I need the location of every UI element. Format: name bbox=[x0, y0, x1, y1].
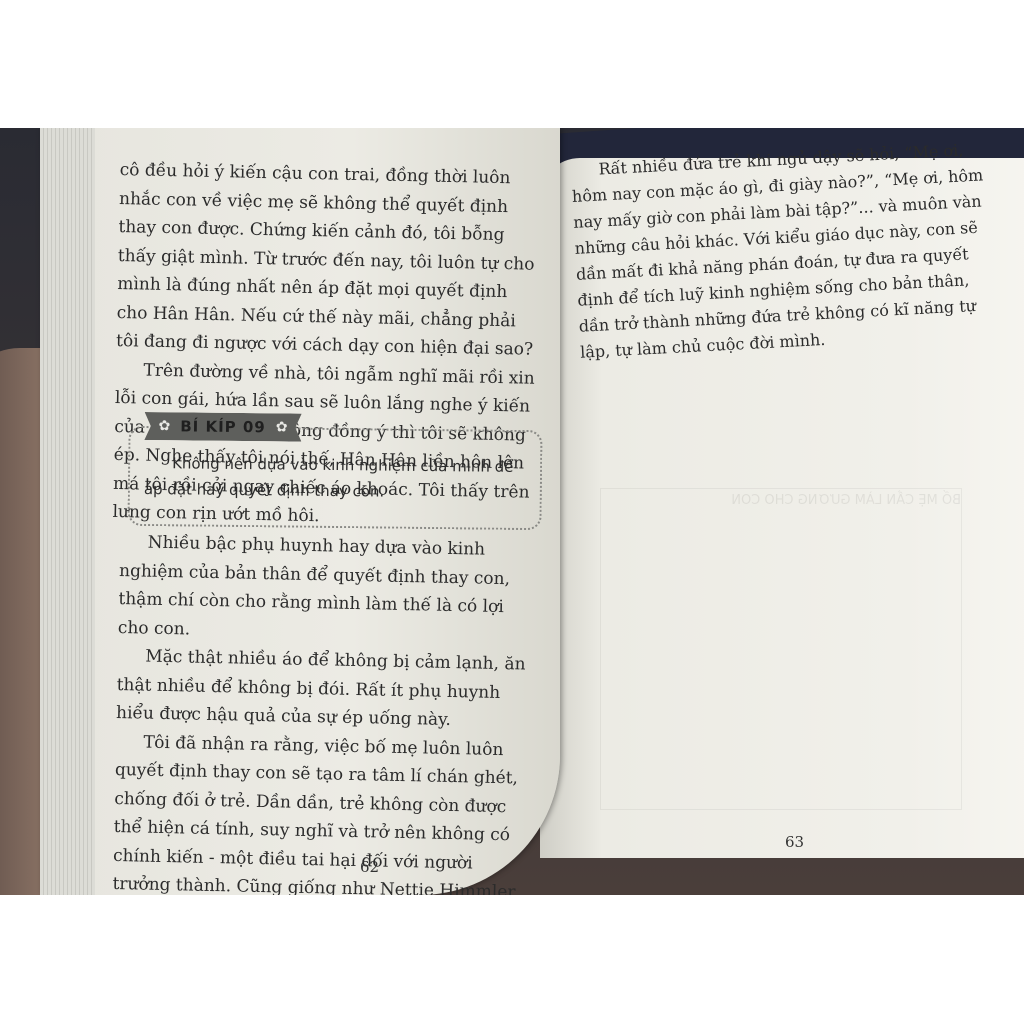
show-through-text: BỐ MẸ CẦN LÀM GƯƠNG CHO CON bbox=[600, 488, 962, 810]
paragraph: Rất nhiều đứa trẻ khi ngủ dậy sẽ hỏi, “M… bbox=[570, 136, 1000, 366]
page-number-left: 62 bbox=[360, 858, 379, 876]
book-photo: cô đều hỏi ý kiến cậu con trai, đồng thờ… bbox=[0, 128, 1024, 895]
left-page-text-after: Nhiều bậc phụ huynh hay dựa vào kinh ngh… bbox=[110, 528, 539, 895]
paragraph: Mặc thật nhiều áo để không bị cảm lạnh, … bbox=[116, 642, 538, 736]
flower-icon: ✿ bbox=[276, 419, 288, 435]
paragraph: Nhiều bậc phụ huynh hay dựa vào kinh ngh… bbox=[118, 528, 540, 651]
tip-banner: ✿ BÍ KÍP 09 ✿ bbox=[144, 412, 301, 442]
tip-label: BÍ KÍP 09 bbox=[180, 417, 266, 436]
right-page-text: Rất nhiều đứa trẻ khi ngủ dậy sẽ hỏi, “M… bbox=[570, 136, 1000, 366]
tip-text: Không nên dựa vào kinh nghiệm của mình đ… bbox=[144, 450, 525, 506]
paragraph: cô đều hỏi ý kiến cậu con trai, đồng thờ… bbox=[116, 156, 540, 364]
show-through-heading: BỐ MẸ CẦN LÀM GƯƠNG CHO CON bbox=[601, 489, 961, 513]
paragraph: Tôi đã nhận ra rằng, việc bố mẹ luôn luô… bbox=[110, 727, 535, 895]
page-number-right: 63 bbox=[785, 833, 804, 851]
tip-box: ✿ BÍ KÍP 09 ✿ Không nên dựa vào kinh ngh… bbox=[127, 426, 542, 530]
page-edges bbox=[40, 128, 95, 895]
flower-icon: ✿ bbox=[158, 418, 170, 434]
